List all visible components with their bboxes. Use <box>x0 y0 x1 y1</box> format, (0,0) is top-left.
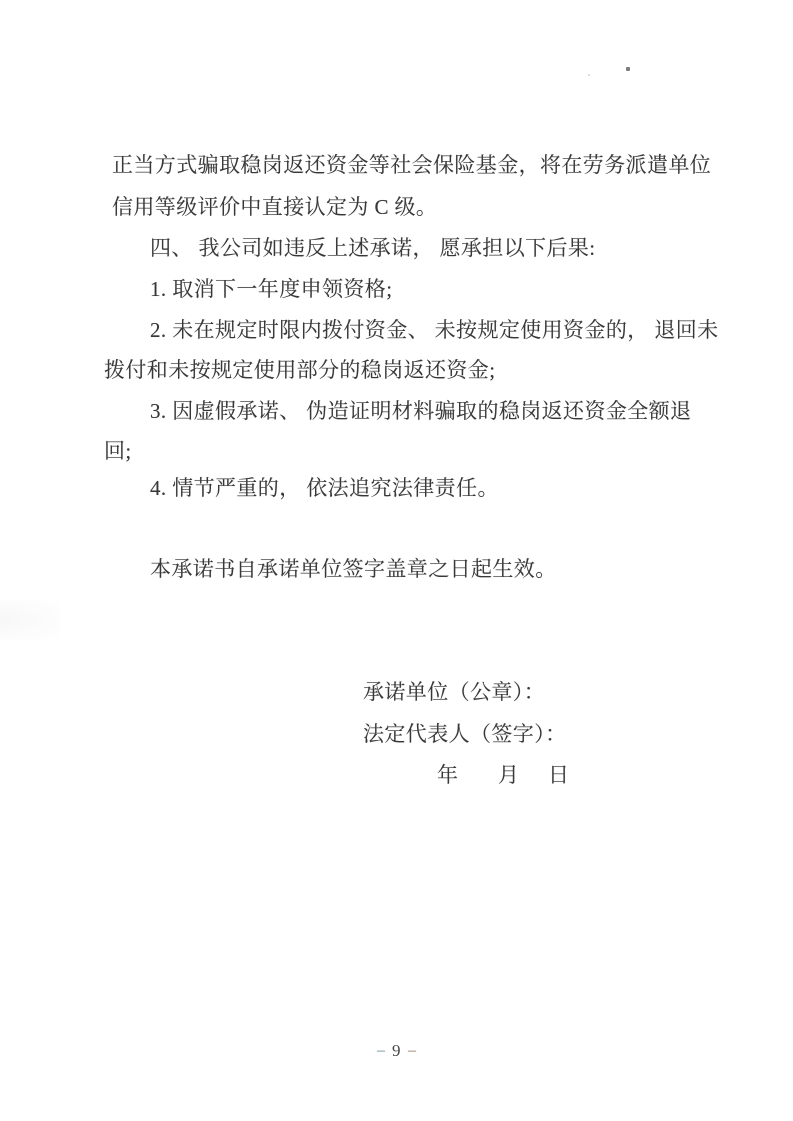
body-line-1: 正当方式骗取稳岗返还资金等社会保险基金，将在劳务派遣单位 <box>112 150 711 180</box>
body-line-item-3: 3. 因虚假承诺、 伪造证明材料骗取的稳岗返还资金全额退 <box>150 396 691 426</box>
body-line-item-3-cont: 回; <box>104 436 132 466</box>
body-line-item-2: 2. 未在规定时限内拨付资金、 未按规定使用资金的， 退回未 <box>150 315 719 345</box>
body-line-item-1: 1. 取消下一年度申领资格; <box>150 274 392 304</box>
scan-speck <box>626 67 630 71</box>
page-number-dash-right: – <box>408 1040 416 1062</box>
body-line-2: 信用等级评价中直接认定为 C 级。 <box>112 192 437 222</box>
body-line-effective-clause: 本承诺书自承诺单位签字盖章之日起生效。 <box>150 554 557 584</box>
scan-speck <box>588 74 590 76</box>
page-number-dash-left: – <box>377 1040 385 1062</box>
body-line-item-4: 4. 情节严重的， 依法追究法律责任。 <box>150 473 499 503</box>
body-line-item-2-cont: 拨付和未按规定使用部分的稳岗返还资金; <box>104 355 495 385</box>
signature-date-year-label: 年 <box>437 760 458 790</box>
signature-legal-rep-label: 法定代表人（签字）： <box>363 719 567 749</box>
page-footer: – 9 – <box>0 1040 793 1062</box>
scan-smudge <box>0 600 60 640</box>
body-line-section-four: 四、 我公司如违反上述承诺， 愿承担以下后果: <box>150 233 596 263</box>
document-page: 正当方式骗取稳岗返还资金等社会保险基金，将在劳务派遣单位 信用等级评价中直接认定… <box>0 0 793 1121</box>
signature-date-month-label: 月 <box>498 760 519 790</box>
page-number: 9 <box>392 1040 401 1062</box>
signature-unit-seal-label: 承诺单位（公章）： <box>363 677 545 707</box>
signature-date-day-label: 日 <box>548 760 569 790</box>
